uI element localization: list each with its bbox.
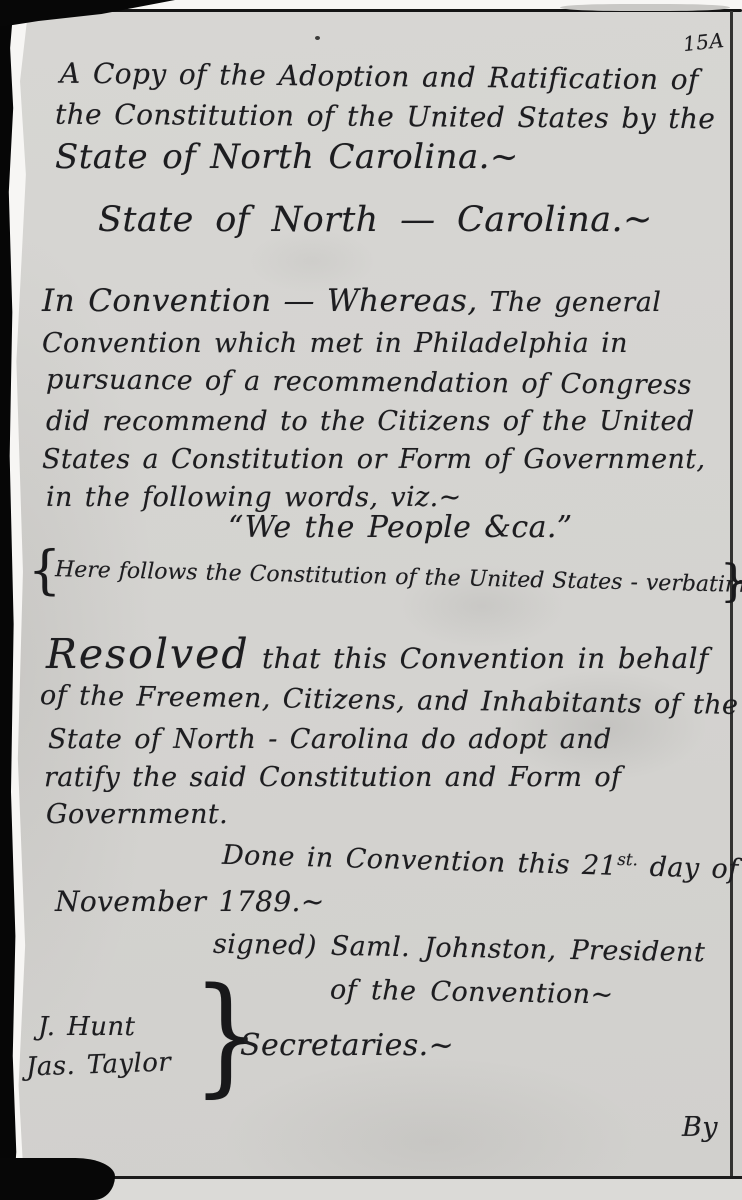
- scan-left-black-edge: [0, 0, 22, 1200]
- secretary-signature: Jas. Taylor: [26, 1047, 172, 1082]
- secretary-signature: J. Hunt: [38, 1012, 135, 1042]
- ink-speck: [315, 36, 320, 40]
- document-title: State of North — Carolina.~: [98, 200, 653, 240]
- resolved-line: ratify the said Constitution and Form of: [44, 762, 621, 793]
- whereas-opening-line: In Convention — Whereas, The general: [42, 283, 661, 319]
- catchword: By: [682, 1112, 718, 1143]
- in-convention-text: In Convention: [42, 283, 271, 319]
- dash: —: [283, 283, 314, 319]
- whereas-line: did recommend to the Citizens of the Uni…: [46, 406, 695, 437]
- page-bottom-edge-line: [55, 1176, 742, 1179]
- heading-line-1: A Copy of the Adoption and Ratification …: [60, 57, 699, 97]
- heading-line-3: State of North Carolina.~: [55, 137, 519, 177]
- resolved-keyword: Resolved: [46, 630, 250, 678]
- secretaries-label: Secretaries.~: [240, 1028, 454, 1063]
- scan-bottom-left-corner: [0, 1158, 115, 1200]
- of-the-convention-line: of the Convention~: [330, 975, 614, 1011]
- page-top-edge-curl: [560, 4, 730, 11]
- verbatim-close-brace: }: [720, 556, 742, 607]
- whereas-first-rest: The general: [490, 287, 662, 318]
- ordinal-superscript: st.: [617, 849, 638, 870]
- whereas-keyword: Whereas,: [327, 283, 478, 319]
- date-line: November 1789.~: [55, 885, 325, 918]
- resolved-line: Government.: [46, 799, 228, 830]
- whereas-line: Convention which met in Philadelphia in: [42, 328, 628, 359]
- whereas-line: pursuance of a recommendation of Congres…: [46, 364, 692, 401]
- whereas-line: States a Constitution or Form of Governm…: [42, 444, 706, 475]
- heading-line-2: the Constitution of the United States by…: [55, 98, 716, 136]
- whereas-line: in the following words, viz.~: [46, 482, 462, 513]
- resolved-line: State of North - Carolina do adopt and: [48, 724, 612, 755]
- page-number: 15A: [682, 28, 725, 56]
- resolved-first-rest: that this Convention in behalf: [262, 642, 709, 675]
- next-page-strip: [95, 1179, 742, 1200]
- resolved-opening-line: Resolved that this Convention in behalf: [46, 630, 709, 678]
- scanned-manuscript-page: 15A A Copy of the Adoption and Ratificat…: [0, 0, 742, 1200]
- done-after: day of: [649, 852, 739, 885]
- we-the-people-quote: “We the People &ca.”: [228, 510, 573, 545]
